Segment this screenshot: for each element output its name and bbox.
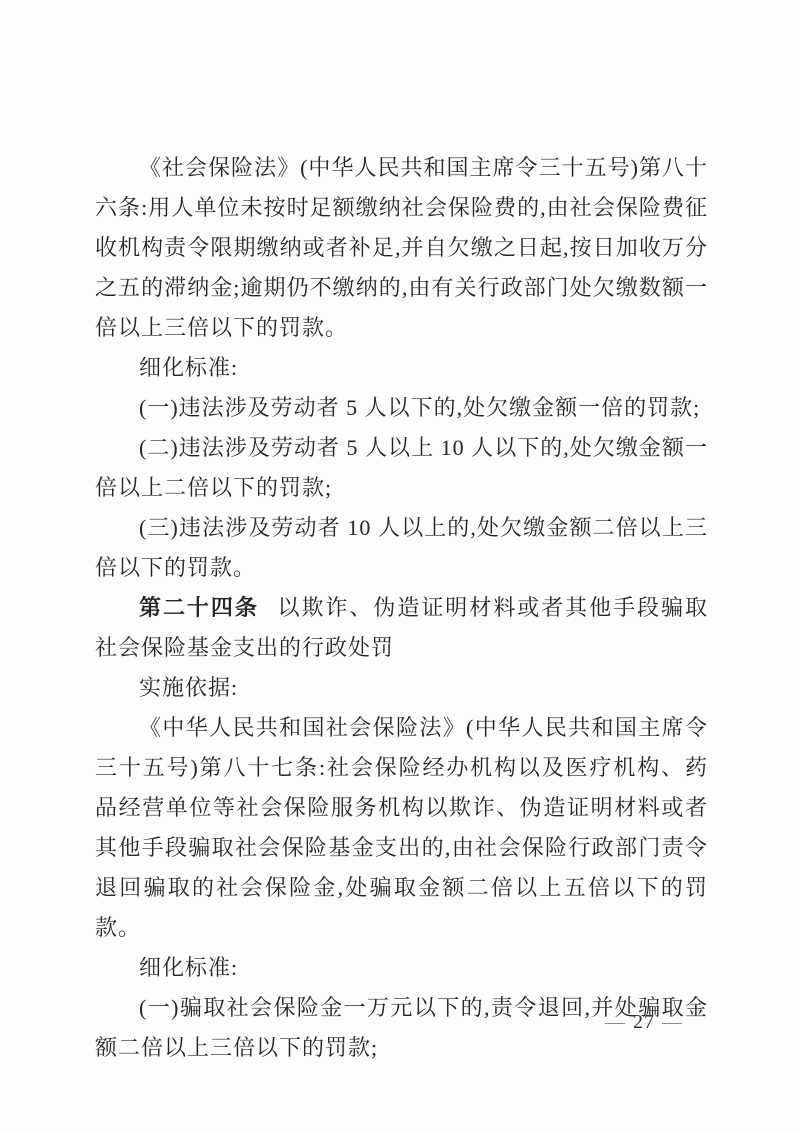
page-footer: —27— [598,1010,690,1034]
footer-dash-right: — [655,1011,690,1033]
body-paragraph: 细化标准: [95,348,708,388]
body-paragraph: (三)违法涉及劳动者 10 人以上的,处欠缴金额二倍以上三倍以下的罚款。 [95,508,708,588]
body-paragraph: 《中华人民共和国社会保险法》(中华人民共和国主席令三十五号)第八十七条:社会保险… [95,708,708,948]
footer-dash-left: — [598,1011,633,1033]
page-number: 27 [633,1011,655,1033]
body-paragraph: (一)违法涉及劳动者 5 人以下的,处欠缴金额一倍的罚款; [95,388,708,428]
body-paragraph: 细化标准: [95,948,708,988]
document-body: 《社会保险法》(中华人民共和国主席令三十五号)第八十六条:用人单位未按时足额缴纳… [95,148,708,1068]
article-heading-paragraph: 第二十四条以欺诈、伪造证明材料或者其他手段骗取社会保险基金支出的行政处罚 [95,588,708,668]
article-number-bold: 第二十四条 [139,595,259,620]
body-paragraph: 《社会保险法》(中华人民共和国主席令三十五号)第八十六条:用人单位未按时足额缴纳… [95,148,708,348]
body-paragraph: 实施依据: [95,668,708,708]
body-paragraph: (二)违法涉及劳动者 5 人以上 10 人以下的,处欠缴金额一倍以上二倍以下的罚… [95,428,708,508]
document-page: 《社会保险法》(中华人民共和国主席令三十五号)第八十六条:用人单位未按时足额缴纳… [0,0,800,1132]
